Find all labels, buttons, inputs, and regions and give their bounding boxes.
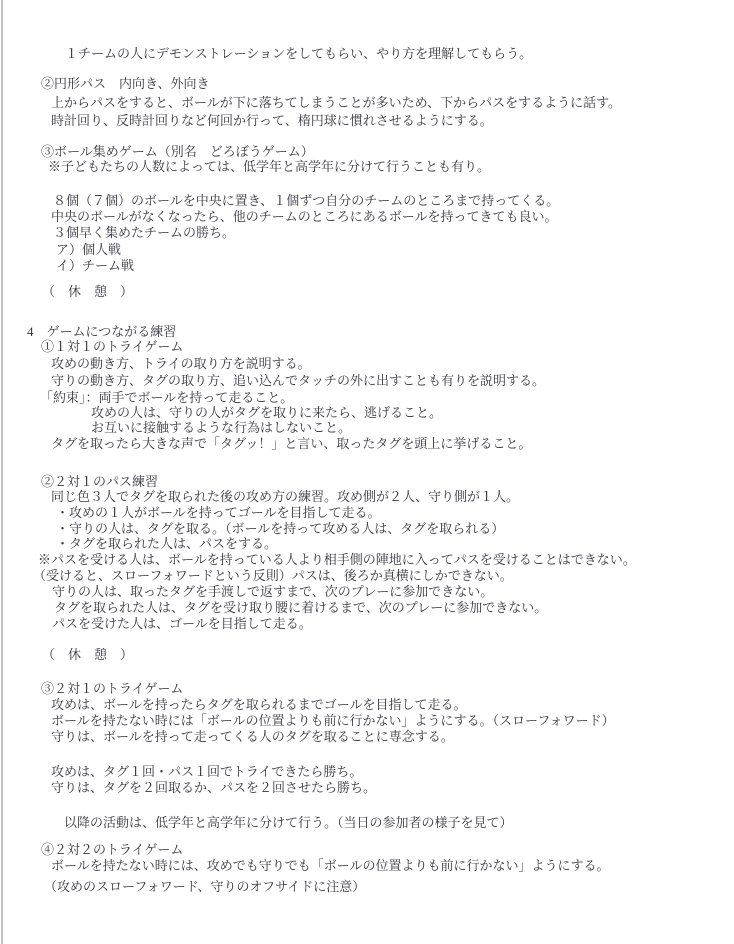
doc-line: 攻めの動き方、トライの取り方を説明する。 [51, 356, 311, 371]
document-page: １チームの人にデモンストレーションをしてもらい、やり方を理解してもらう。 ②円形… [0, 0, 734, 944]
doc-line: タグを取られた人は、タグを受け取り腰に着けるまで、次のプレーに参加できない。 [54, 600, 547, 615]
doc-line: ３個早く集めたチームの勝ち。 [53, 225, 235, 240]
bullet-line: ・タグを取られた人は、パスをする。 [56, 536, 277, 551]
break-marker: （ 休 憩 ） [42, 647, 133, 662]
doc-line: 時計回り、反時計回りなど何回か行って、楕円球に慣れさせるようにする。 [51, 113, 493, 128]
section-1-heading: ①１対１のトライゲーム [41, 339, 183, 354]
note-line: ※パスを受ける人は、ボールを持っている人より相手側の陣地に入ってパスを受けること… [38, 552, 636, 567]
doc-line: 中央のボールがなくなったら、他のチームのところにあるボールを持ってきても良い。 [51, 209, 557, 224]
section-2b-heading: ②２対１のパス練習 [41, 474, 158, 489]
doc-line: （受けると、スローフォワードという反則）パスは、後ろか真横にしかできない。 [33, 568, 513, 583]
doc-line: ボールを持たない時には、攻めでも守りでも「ボールの位置よりも前に行かない」ように… [51, 858, 609, 873]
break-marker: （ 休 憩 ） [42, 284, 133, 299]
list-item-a: ア）個人戦 [56, 242, 121, 257]
section-2-heading: ②円形パス 内向き、外向き [41, 76, 209, 91]
section-4-heading: ④２対２のトライゲーム [41, 842, 183, 857]
doc-line: 攻めの人は、守りの人がタグを取りに来たら、逃げること。 [91, 405, 442, 420]
doc-line: 守りの動き方、タグの取り方、追い込んでタッチの外に出すことも有りを説明する。 [51, 373, 545, 388]
doc-line: １チームの人にデモンストレーションをしてもらい、やり方を理解してもらう。 [65, 46, 532, 61]
doc-line: 守りは、ボールを持って走ってくる人のタグを取ることに専念する。 [51, 729, 454, 744]
list-item-i: イ）チーム戦 [56, 258, 134, 273]
section-3b-heading: ③２対１のトライゲーム [41, 681, 183, 696]
bullet-line: ・守りの人は、タグを取る。（ボールを持って攻める人は、タグを取られる） [56, 521, 504, 536]
doc-line: お互いに接触するような行為はしないこと。 [91, 420, 351, 435]
doc-line: 同じ色３人でタグを取られた後の攻め方の練習。攻め側が２人、守り側が１人。 [51, 489, 519, 504]
promise-line: 「約束」：両手でボールを持って走ること。 [40, 390, 293, 405]
chapter-4-heading: 4 ゲームにつながる練習 [27, 324, 176, 339]
doc-line: タグを取ったら大きな声で「タグッ！」と言い、取ったタグを頭上に挙げること。 [51, 436, 531, 451]
doc-line: 守りの人は、取ったタグを手渡しで返すまで、次のプレーに参加できない。 [52, 584, 493, 599]
doc-line: 以降の活動は、低学年と高学年に分けて行う。（当日の参加者の様子を見て） [64, 815, 513, 830]
doc-line: 攻めは、タグ１回・パス１回でトライできたら勝ち。 [51, 764, 362, 779]
page-left-border [1, 0, 3, 944]
doc-line: パスを受けた人は、ゴールを目指して走る。 [52, 616, 312, 631]
note-line: ※子どもたちの人数によっては、低学年と高学年に分けて行うことも有り。 [48, 159, 490, 174]
doc-line: 守りは、タグを２回取るか、パスを２回させたら勝ち。 [51, 780, 376, 795]
section-3-heading: ③ボール集めゲーム（別名 どろぼうゲーム） [41, 144, 314, 159]
doc-line: （攻めのスローフォワード、守りのオフサイドに注意） [44, 879, 365, 894]
doc-line: 上からパスをすると、ボールが下に落ちてしまうことが多いため、下からパスをするよう… [51, 95, 621, 110]
bullet-line: ・攻めの１人がボールを持ってゴールを目指して走る。 [56, 505, 380, 520]
doc-line: ８個（７個）のボールを中央に置き、１個ずつ自分のチームのところまで持ってくる。 [53, 193, 559, 208]
doc-line: ボールを持たない時には「ボールの位置よりも前に行かない」ようにする。（スローフォ… [51, 713, 615, 728]
doc-line: 攻めは、ボールを持ったらタグを取られるまでゴールを目指して走る。 [51, 697, 466, 712]
